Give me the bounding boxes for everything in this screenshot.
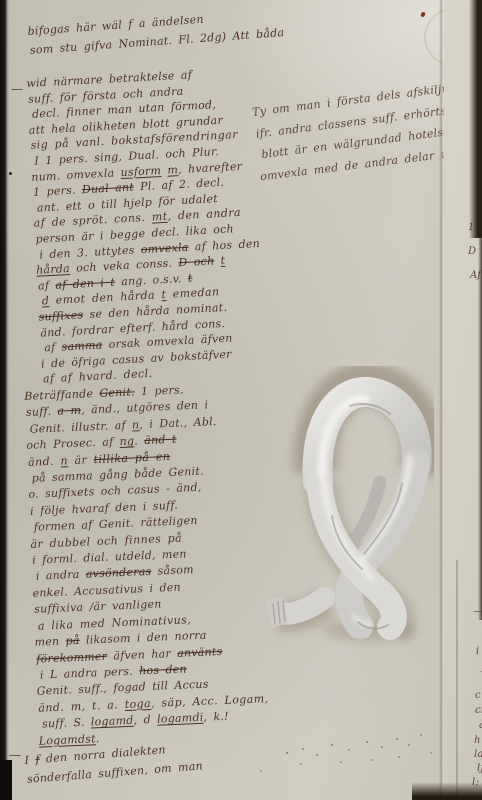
next-page-text-overlay: 1.DAf—i1cciahlaljl; bbox=[0, 0, 482, 800]
edge-text-fragment: lj bbox=[477, 763, 482, 774]
edge-text-fragment: la bbox=[474, 749, 482, 760]
edge-text-fragment: Af bbox=[470, 270, 481, 281]
manuscript-photo: bifogas här wäl f a ändelsensom stu gifv… bbox=[0, 0, 482, 800]
edge-text-fragment: — bbox=[473, 606, 482, 617]
edge-text-fragment: D bbox=[468, 246, 476, 257]
edge-text-fragment: h bbox=[474, 735, 481, 746]
edge-text-fragment: l; bbox=[472, 777, 479, 788]
edge-text-fragment: i bbox=[476, 646, 480, 657]
edge-text-fragment: 1. bbox=[468, 222, 478, 233]
edge-text-fragment: ci bbox=[475, 705, 482, 716]
edge-text-fragment: c bbox=[475, 690, 481, 701]
